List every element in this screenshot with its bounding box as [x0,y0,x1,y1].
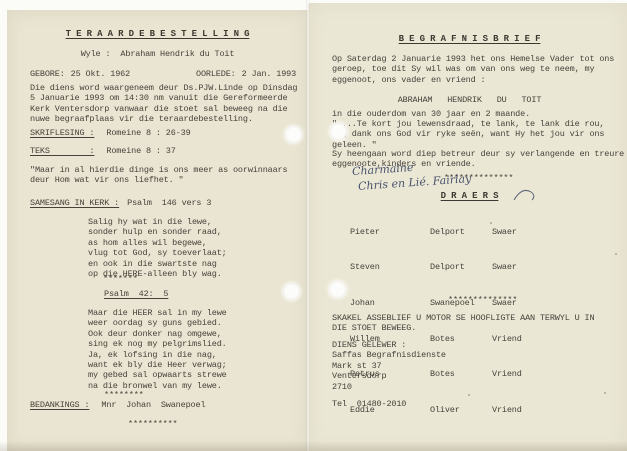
deceased-line: Wyle :Abraham Hendrik du Toit [7,49,308,59]
born-value: 25 Okt. 1962 [71,69,130,79]
skriflesing-label: SKRIFLESING : [30,128,94,138]
scan-speck [468,394,470,396]
scan-speck [490,222,492,224]
punch-hole [330,123,347,140]
service-paragraph: Die diens word waargeneem deur Ds.PJW.Li… [30,83,297,125]
draers-relation: Swaer [492,262,517,272]
draers-last-name: Delport [430,225,492,240]
right-page-title: B E G R A F N I S B R I E F [312,34,627,44]
draers-relation: Vriend [492,334,522,344]
draers-first-name: Steven [350,260,430,275]
left-quote: "Maar in al hierdie dinge is ons meer as… [30,165,287,186]
wyle-label: Wyle : [81,49,111,59]
scan-speck [615,253,617,255]
scan-edge-shadow [0,441,627,451]
died-value: 2 Jan. 1993 [242,69,296,79]
phone-line: Tel 01480-2010 [332,399,406,409]
headlights-notice: SKAKEL ASSEBLIEF U MOTOR SE HOOFLIGTE AA… [332,313,594,334]
age-line: in die ouderdom van 30 jaar en 2 maande. [332,109,530,119]
draers-first-name: Pieter [350,225,430,240]
scanned-funeral-letter: T E R A A R D E B E S T E L L I N G Wyle… [0,0,627,451]
draers-relation: Swaer [492,227,517,237]
died-label: OORLEDE: [196,69,236,79]
scan-speck [604,392,606,394]
samesang-line: SAMESANG IN KERK :Psalm 146 vers 3 [30,198,211,208]
draers-row: StevenDelportSwaer [350,260,522,275]
bedankings-value: Mnr Johan Swanepoel [101,400,205,410]
draers-last-name: Delport [430,260,492,275]
teks-value: Romeine 8 : 37 [106,146,175,156]
punch-hole [285,126,302,143]
page-fold-divider [306,0,310,451]
teks-label: TEKS : [30,146,94,156]
draers-last-name: Oliver [430,403,492,418]
draers-relation: Vriend [492,405,522,415]
samesang-value: Psalm 146 vers 3 [127,198,211,208]
died-line: OORLEDE:2 Jan. 1993 [196,69,296,79]
verse-psalm-42: Maar die HEER sal in my lewe weer oordag… [88,308,227,391]
stars-separator: ******* [103,274,138,284]
skriflesing-line: SKRIFLESING :Romeine 8 : 26-39 [30,128,191,138]
service-provider-block: DIENS GELEWER : Saffas Begrafnisdienste … [332,340,446,392]
born-label: GEBORE: [30,69,65,79]
punch-hole [329,281,346,298]
stars-separator: ************** [448,295,517,305]
intro-paragraph: Op Saterdag 2 Januarie 1993 het ons Heme… [332,54,614,85]
draers-first-name: Johan [350,296,430,311]
bedankings-line: BEDANKINGS :Mnr Johan Swanepoel [30,400,205,410]
draers-relation: Vriend [492,369,522,379]
deceased-name-full: ABRAHAM HENDRIK DU TOIT [312,95,627,105]
samesang-label: SAMESANG IN KERK : [30,198,119,208]
skriflesing-value: Romeine 8 : 26-39 [106,128,190,138]
verse-psalm-146: Salig hy wat in die lewe, sonder hulp en… [88,217,227,279]
stars-separator: ******** [104,390,144,400]
punch-hole [283,283,300,300]
draers-heading: D R A E R S [312,191,627,201]
stars-separator: ********** [128,419,178,429]
draers-row: PieterDelportSwaer [350,225,522,240]
right-quote: "....Te kort jou lewensdraad, te lank, t… [332,119,604,150]
born-line: GEBORE:25 Okt. 1962 [30,69,130,79]
deceased-name: Abraham Hendrik du Toit [120,49,234,59]
left-page-title: T E R A A R D E B E S T E L L I N G [7,29,308,39]
psalm-42-heading: Psalm 42: 5 [104,289,168,299]
handwritten-flourish-icon [512,188,538,202]
bedankings-label: BEDANKINGS : [30,400,89,410]
teks-line: TEKS :Romeine 8 : 37 [30,146,176,156]
